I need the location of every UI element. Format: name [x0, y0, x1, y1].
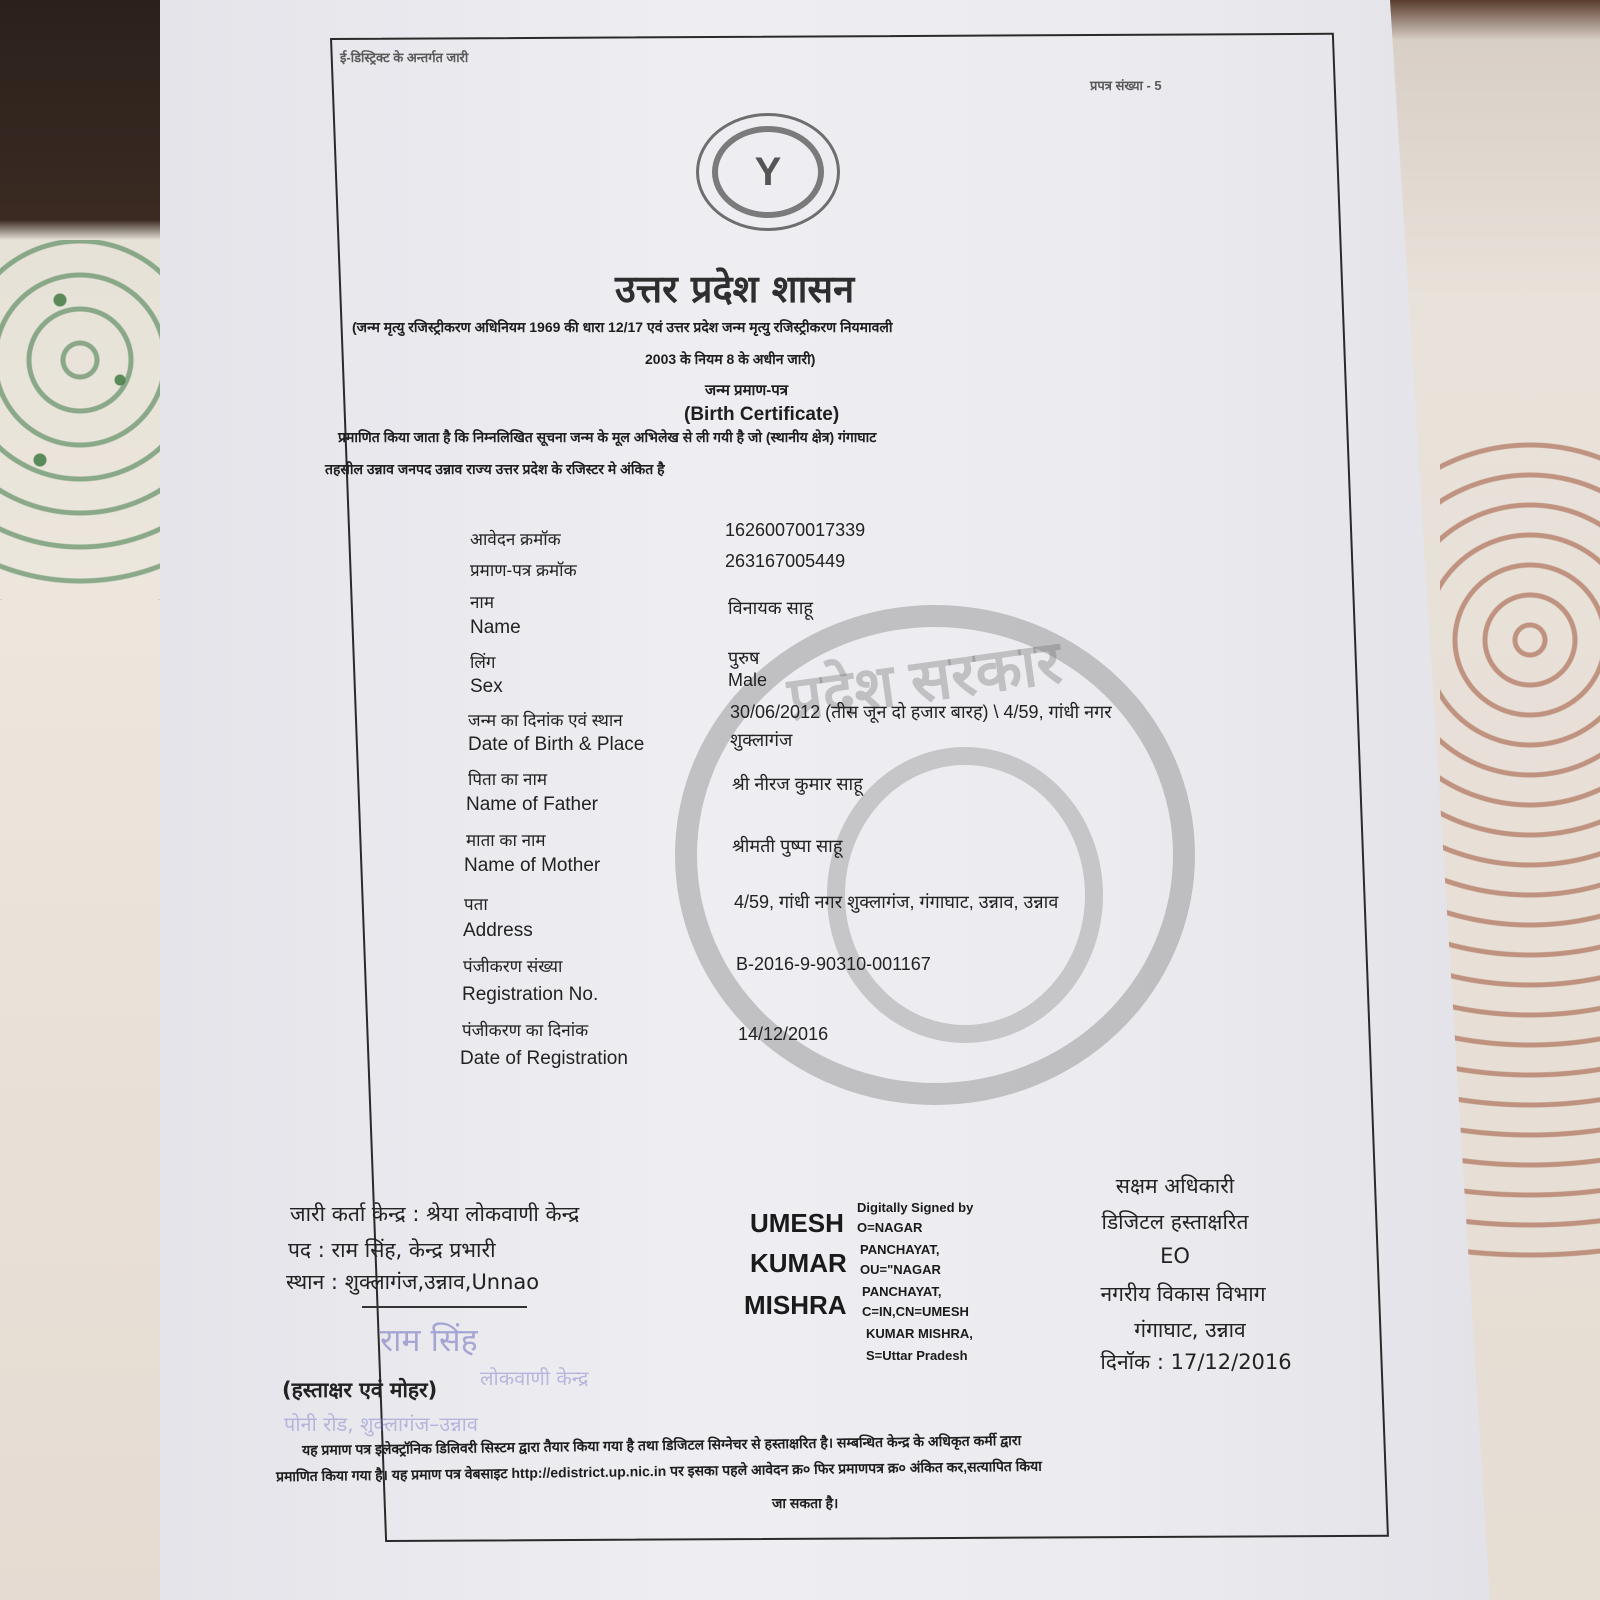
officer-location: गंगाघाट, उन्नाव: [1090, 1316, 1290, 1344]
signature-detail-6: C=IN,CN=UMESH: [862, 1304, 969, 1319]
field-value-father: श्री नीरज कुमार साहू: [732, 772, 863, 796]
officer-department: नगरीय विकास विभाग: [1068, 1280, 1298, 1308]
center-stamp-line-2: पोनी रोड, शुक्लागंज–उन्नाव: [284, 1410, 478, 1437]
emblem-center-icon: Y: [712, 126, 824, 218]
field-label-address-en: Address: [463, 920, 533, 942]
field-value-name: विनायक साहू: [728, 596, 813, 620]
issuer-post: पद : राम सिंह, केन्द्र प्रभारी: [288, 1236, 496, 1264]
signature-detail-4: OU="NAGAR: [860, 1262, 941, 1277]
disclaimer-line-2: प्रमाणित किया गया है। यह प्रमाण पत्र वेब…: [276, 1457, 1042, 1487]
officer-title: सक्षम अधिकारी: [1090, 1172, 1260, 1200]
field-label-name-en: Name: [470, 617, 521, 639]
field-label-certificate-no: प्रमाण-पत्र क्रमॉक: [470, 558, 577, 581]
field-value-certificate-no: 263167005449: [725, 551, 845, 572]
field-label-reg-date-en: Date of Registration: [460, 1048, 628, 1070]
state-emblem-icon: Y: [696, 113, 840, 231]
field-value-sex-hi: पुरुष: [728, 646, 759, 670]
signer-name-line-2: KUMAR: [750, 1248, 847, 1279]
field-value-reg-date: 14/12/2016: [738, 1024, 828, 1045]
field-label-application-no: आवेदन क्रमॉक: [470, 527, 561, 550]
certificate-title-english: (Birth Certificate): [684, 404, 839, 426]
field-label-mother-hi: माता का नाम: [466, 828, 546, 851]
field-label-dob-hi: जन्म का दिनांक एवं स्थान: [468, 708, 623, 731]
field-label-sex-en: Sex: [470, 676, 503, 698]
form-number: प्रपत्र संख्या - 5: [1090, 76, 1162, 94]
officer-digitally-signed: डिजिटल हस्ताक्षरित: [1070, 1208, 1280, 1236]
top-note: ई-डिस्ट्रिक्ट के अन्तर्गत जारी: [340, 48, 468, 66]
field-label-father-hi: पिता का नाम: [468, 767, 547, 790]
officer-designation: EO: [1120, 1244, 1230, 1268]
signature-detail-5: PANCHAYAT,: [862, 1284, 941, 1299]
field-label-reg-no-hi: पंजीकरण संख्या: [463, 954, 562, 977]
field-label-name-hi: नाम: [470, 590, 494, 613]
officer-date: दिनॉक : 17/12/2016: [1076, 1348, 1316, 1376]
act-reference-line-2: 2003 के नियम 8 के अधीन जारी): [645, 350, 815, 369]
signer-name-line-1: UMESH: [750, 1208, 844, 1239]
sign-and-seal-label: (हस्ताक्षर एवं मोहर): [282, 1376, 437, 1404]
signature-detail-3: PANCHAYAT,: [860, 1242, 939, 1257]
field-value-sex-en: Male: [728, 670, 767, 691]
signature-stamp: राम सिंह: [380, 1318, 478, 1361]
page-title: उत्तर प्रदेश शासन: [615, 262, 854, 314]
field-label-mother-en: Name of Mother: [464, 855, 600, 877]
signer-name-line-3: MISHRA: [744, 1290, 847, 1321]
certification-text-line-1: प्रमाणित किया जाता है कि निम्नलिखित सूचन…: [338, 428, 876, 447]
act-reference-line-1: (जन्म मृत्यु रजिस्ट्रीकरण अधिनियम 1969 क…: [352, 318, 892, 337]
field-value-birth-place: शुक्लागंज: [730, 728, 792, 752]
center-stamp-line-1: लोकवाणी केन्द्र: [480, 1364, 589, 1391]
field-label-dob-en: Date of Birth & Place: [468, 734, 644, 756]
field-value-address: 4/59, गांधी नगर शुक्लागंज, गंगाघाट, उन्न…: [734, 890, 1058, 914]
disclaimer-line-3: जा सकता है।: [772, 1494, 838, 1513]
field-value-reg-no: B-2016-9-90310-001167: [736, 954, 931, 975]
issuing-center: जारी कर्ता केन्द्र : श्रेया लोकवाणी केन्…: [290, 1200, 579, 1228]
signature-detail-1: Digitally Signed by: [857, 1200, 973, 1215]
field-value-dob: 30/06/2012 (तीस जून दो हजार बारह) \ 4/59…: [730, 700, 1112, 724]
issuer-place: स्थान : शुक्लागंज,उन्नाव,Unnao: [286, 1268, 539, 1296]
signature-detail-8: S=Uttar Pradesh: [866, 1348, 968, 1363]
field-label-father-en: Name of Father: [466, 794, 598, 816]
field-label-address-hi: पता: [464, 892, 488, 915]
field-label-reg-date-hi: पंजीकरण का दिनांक: [462, 1018, 588, 1041]
field-label-sex-hi: लिंग: [470, 650, 496, 673]
signature-detail-7: KUMAR MISHRA,: [866, 1326, 973, 1341]
certificate-title-hindi: जन्म प्रमाण-पत्र: [705, 380, 788, 400]
handwritten-underline: [362, 1306, 527, 1308]
field-value-mother: श्रीमती पुष्पा साहू: [732, 834, 842, 858]
field-label-reg-no-en: Registration No.: [462, 984, 598, 1006]
birth-certificate: प्रदेश सरकार ई-डिस्ट्रिक्ट के अन्तर्गत ज…: [0, 0, 1600, 1600]
certification-text-line-2: तहसील उन्नाव जनपद उन्नाव राज्य उत्तर प्र…: [325, 460, 665, 479]
signature-detail-2: O=NAGAR: [857, 1220, 922, 1235]
field-value-application-no: 16260070017339: [725, 520, 865, 541]
